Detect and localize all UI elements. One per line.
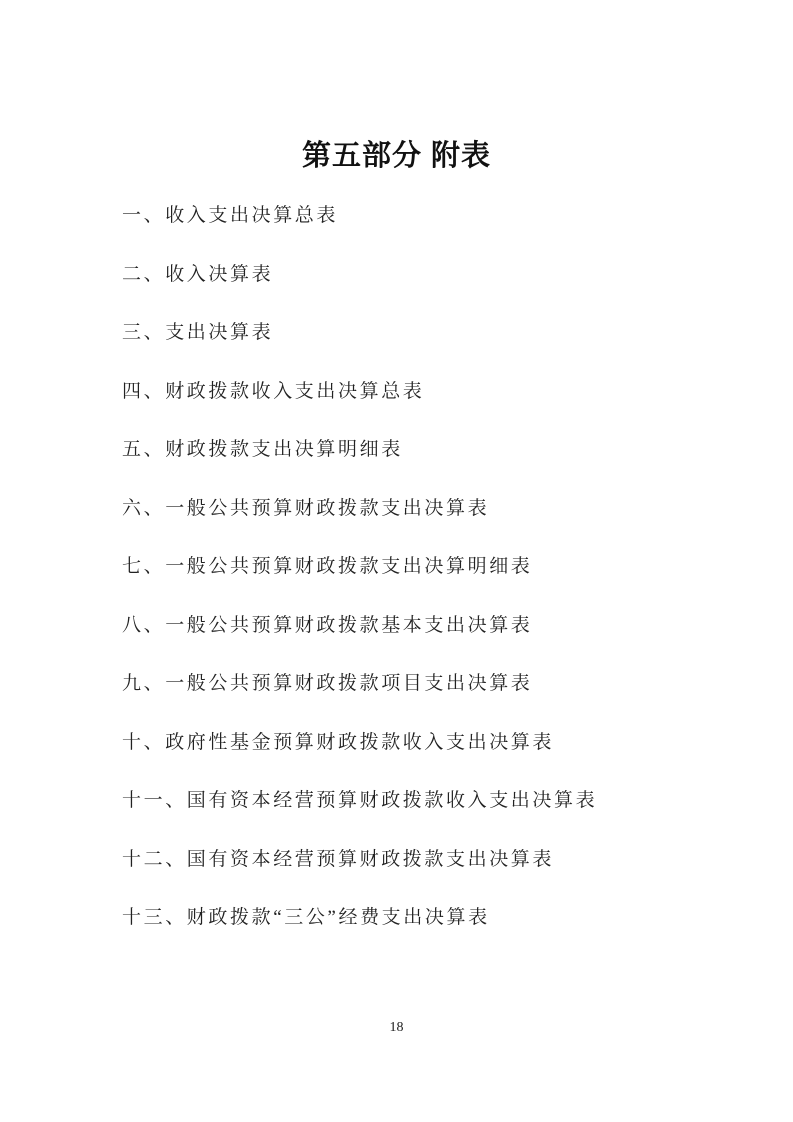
page-title: 第五部分 附表 — [0, 139, 793, 174]
toc-item: 七、一般公共预算财政拨款支出决算明细表 — [122, 554, 793, 580]
toc-item: 十三、财政拨款“三公”经费支出决算表 — [122, 905, 793, 931]
toc-item: 三、支出决算表 — [122, 320, 793, 346]
toc-item: 一、收入支出决算总表 — [122, 203, 793, 229]
table-of-contents: 一、收入支出决算总表 二、收入决算表 三、支出决算表 四、财政拨款收入支出决算总… — [122, 203, 793, 931]
toc-item: 十一、国有资本经营预算财政拨款收入支出决算表 — [122, 788, 793, 814]
toc-item: 八、一般公共预算财政拨款基本支出决算表 — [122, 613, 793, 639]
document-page: 第五部分 附表 一、收入支出决算总表 二、收入决算表 三、支出决算表 四、财政拨… — [0, 0, 793, 1122]
toc-item: 十、政府性基金预算财政拨款收入支出决算表 — [122, 730, 793, 756]
toc-item: 九、一般公共预算财政拨款项目支出决算表 — [122, 671, 793, 697]
toc-item: 五、财政拨款支出决算明细表 — [122, 437, 793, 463]
toc-item: 十二、国有资本经营预算财政拨款支出决算表 — [122, 847, 793, 873]
toc-item: 二、收入决算表 — [122, 262, 793, 288]
page-number: 18 — [0, 1020, 793, 1036]
toc-item: 六、一般公共预算财政拨款支出决算表 — [122, 496, 793, 522]
toc-item: 四、财政拨款收入支出决算总表 — [122, 379, 793, 405]
